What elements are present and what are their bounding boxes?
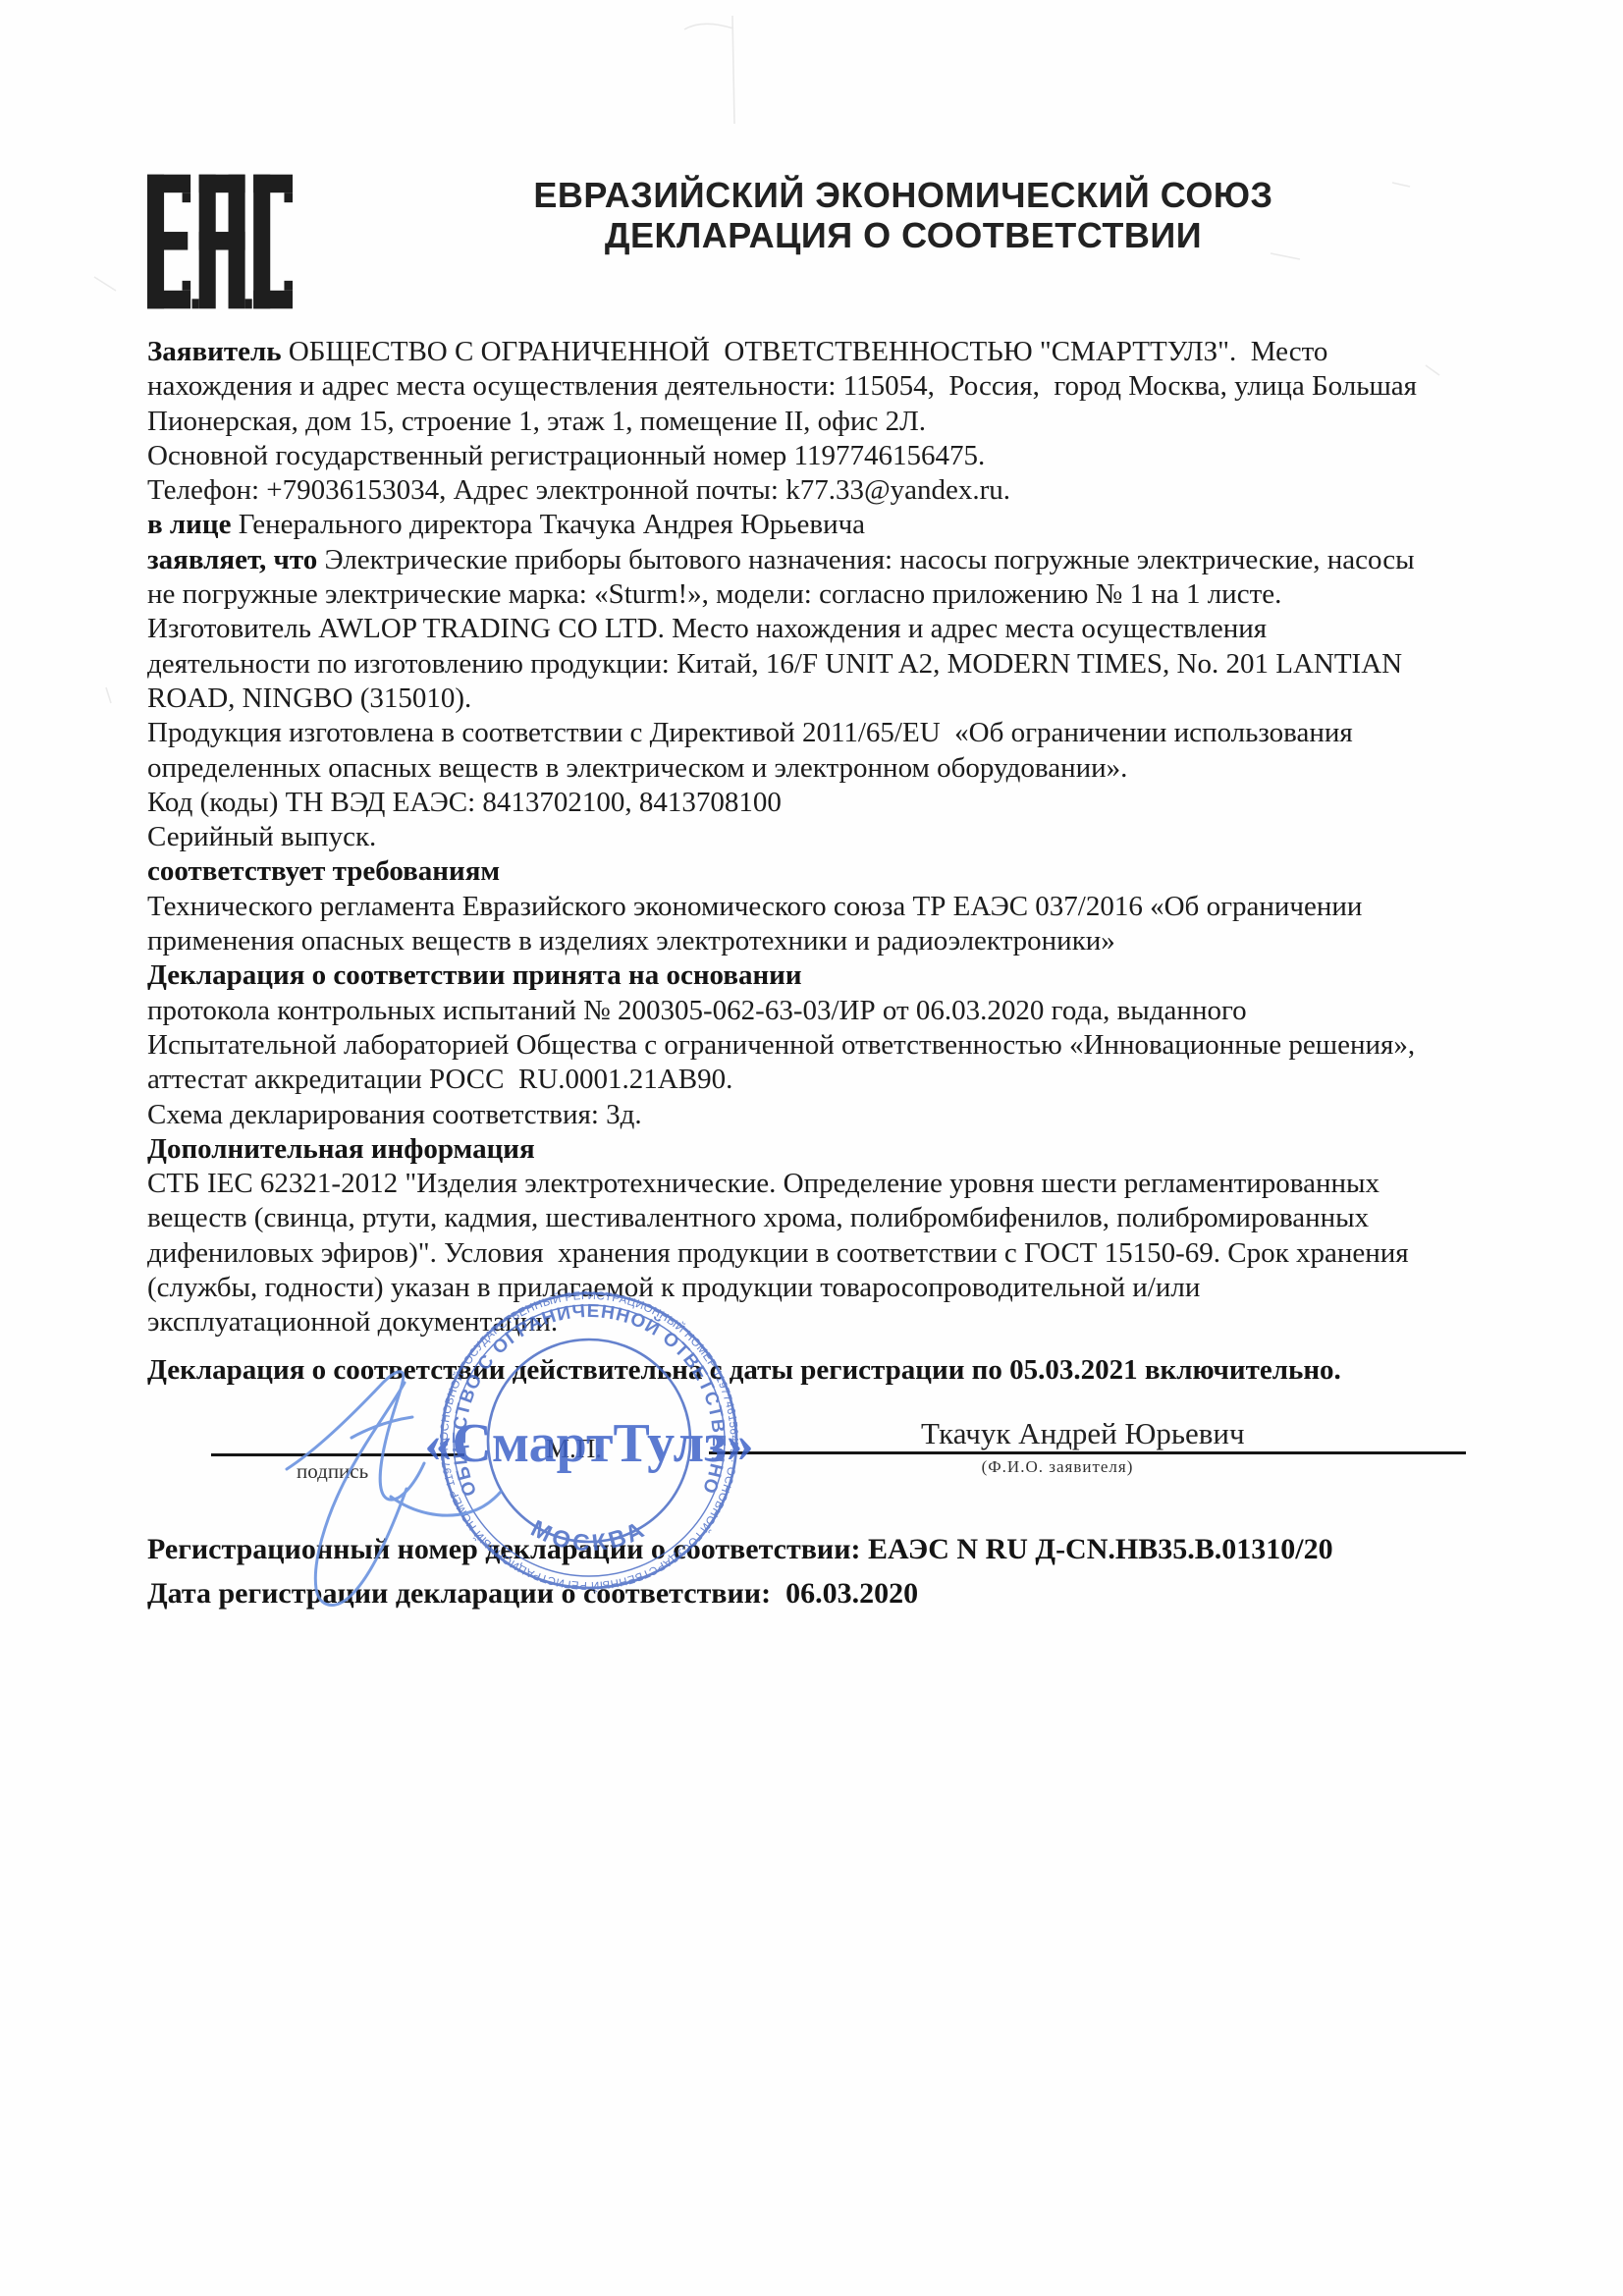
body-line: (службы, годности) указан в прилагаемой … bbox=[147, 1271, 1502, 1305]
body-line: деятельности по изготовлению продукции: … bbox=[147, 647, 1502, 682]
validity-statement: Декларация о соответствии действительна … bbox=[147, 1354, 1341, 1387]
body-line: определенных опасных веществ в электриче… bbox=[147, 751, 1502, 786]
body-line: Дополнительная информация bbox=[147, 1132, 1502, 1167]
title-line-union: ЕВРАЗИЙСКИЙ ЭКОНОМИЧЕСКИЙ СОЮЗ bbox=[393, 175, 1414, 215]
body-line: в лице Генерального директора Ткачука Ан… bbox=[147, 508, 1502, 542]
signature-line bbox=[211, 1453, 464, 1456]
body-line: ROAD, NINGBO (315010). bbox=[147, 682, 1502, 716]
body-line: соответствует требованиям bbox=[147, 854, 1502, 889]
signature-caption: подпись bbox=[297, 1459, 368, 1484]
body-line: эксплуатационной документации. bbox=[147, 1305, 1502, 1339]
body-line: Продукция изготовлена в соответствии с Д… bbox=[147, 716, 1502, 750]
fio-caption: (Ф.И.О. заявителя) bbox=[945, 1457, 1170, 1477]
body-line: Код (коды) ТН ВЭД ЕАЭС: 8413702100, 8413… bbox=[147, 786, 1502, 820]
handwritten-signature bbox=[287, 1372, 501, 1606]
registration-date-line: Дата регистрации декларации о соответств… bbox=[147, 1577, 918, 1611]
body-line: нахождения и адрес места осуществления д… bbox=[147, 369, 1502, 404]
body-line: заявляет, что Электрические приборы быто… bbox=[147, 543, 1502, 577]
body-line: аттестат аккредитации РОСС RU.0001.21АВ9… bbox=[147, 1063, 1502, 1097]
body-line: не погружные электрические марка: «Sturm… bbox=[147, 577, 1502, 612]
body-line: веществ (свинца, ртути, кадмия, шестивал… bbox=[147, 1201, 1502, 1235]
body-line: Пионерская, дом 15, строение 1, этаж 1, … bbox=[147, 405, 1502, 439]
document-body: Заявитель ОБЩЕСТВО С ОГРАНИЧЕННОЙ ОТВЕТС… bbox=[147, 335, 1502, 1340]
body-line: Изготовитель AWLOP TRADING CO LTD. Место… bbox=[147, 612, 1502, 646]
body-line: Телефон: +79036153034, Адрес электронной… bbox=[147, 473, 1502, 508]
title-line-declaration: ДЕКЛАРАЦИЯ О СООТВЕТСТВИИ bbox=[393, 215, 1414, 255]
fio-line bbox=[709, 1451, 1466, 1454]
body-line: применения опасных веществ в изделиях эл… bbox=[147, 924, 1502, 958]
declaration-document-page: ЕВРАЗИЙСКИЙ ЭКОНОМИЧЕСКИЙ СОЮЗ ДЕКЛАРАЦИ… bbox=[0, 0, 1623, 2296]
body-line: Серийный выпуск. bbox=[147, 820, 1502, 854]
body-line: Заявитель ОБЩЕСТВО С ОГРАНИЧЕННОЙ ОТВЕТС… bbox=[147, 335, 1502, 369]
eac-mark-logo bbox=[147, 173, 293, 310]
body-line: протокола контрольных испытаний № 200305… bbox=[147, 994, 1502, 1028]
body-line: Испытательной лабораторией Общества с ог… bbox=[147, 1028, 1502, 1063]
body-line: Декларация о соответствии принята на осн… bbox=[147, 958, 1502, 993]
body-line: Технического регламента Евразийского эко… bbox=[147, 890, 1502, 924]
body-line: СТБ IEC 62321-2012 "Изделия электротехни… bbox=[147, 1167, 1502, 1201]
body-line: Основной государственный регистрационный… bbox=[147, 439, 1502, 473]
registration-number-line: Регистрационный номер декларации о соотв… bbox=[147, 1533, 1333, 1566]
body-line: Схема декларирования соответствия: 3д. bbox=[147, 1098, 1502, 1132]
mp-label: М.П. bbox=[546, 1434, 602, 1464]
applicant-name: Ткачук Андрей Юрьевич bbox=[921, 1416, 1245, 1451]
document-title: ЕВРАЗИЙСКИЙ ЭКОНОМИЧЕСКИЙ СОЮЗ ДЕКЛАРАЦИ… bbox=[393, 175, 1414, 255]
body-line: дифениловых эфиров)". Условия хранения п… bbox=[147, 1236, 1502, 1271]
